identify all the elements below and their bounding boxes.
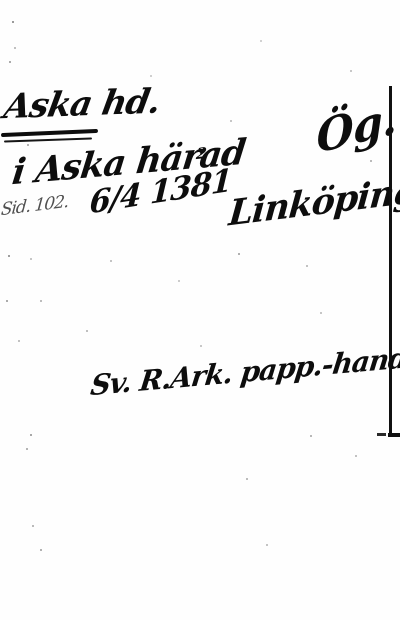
source-reference: Sv. R.Ark. papp.-handl. xyxy=(90,343,400,400)
card-edge-line xyxy=(389,86,392,435)
underline-flourish xyxy=(1,129,98,137)
page-reference: Sid. 102. xyxy=(0,194,69,219)
place-name: Linköping. xyxy=(227,172,400,231)
scanned-archive-card: Aska hd. Ög. i Aska härad 2 Sid. 102. 6/… xyxy=(0,0,400,620)
page-reference-text: Sid. 102. xyxy=(0,194,69,220)
district-header: Aska hd. xyxy=(4,85,160,124)
card-edge-foot-dash xyxy=(377,433,386,436)
district-header-text: Aska hd. xyxy=(1,84,162,124)
region-abbreviation: Ög. xyxy=(311,98,400,160)
place-name-text: Linköping. xyxy=(227,171,400,231)
source-reference-text: Sv. R.Ark. papp.-handl. xyxy=(89,343,400,401)
underline-flourish-second xyxy=(4,137,92,142)
card-edge-foot-corner xyxy=(388,433,400,437)
scan-noise-specks xyxy=(0,0,2,2)
diacritic-mark: 2 xyxy=(195,146,206,162)
diacritic-mark-text: 2 xyxy=(195,146,206,162)
region-abbreviation-text: Ög. xyxy=(316,96,397,161)
